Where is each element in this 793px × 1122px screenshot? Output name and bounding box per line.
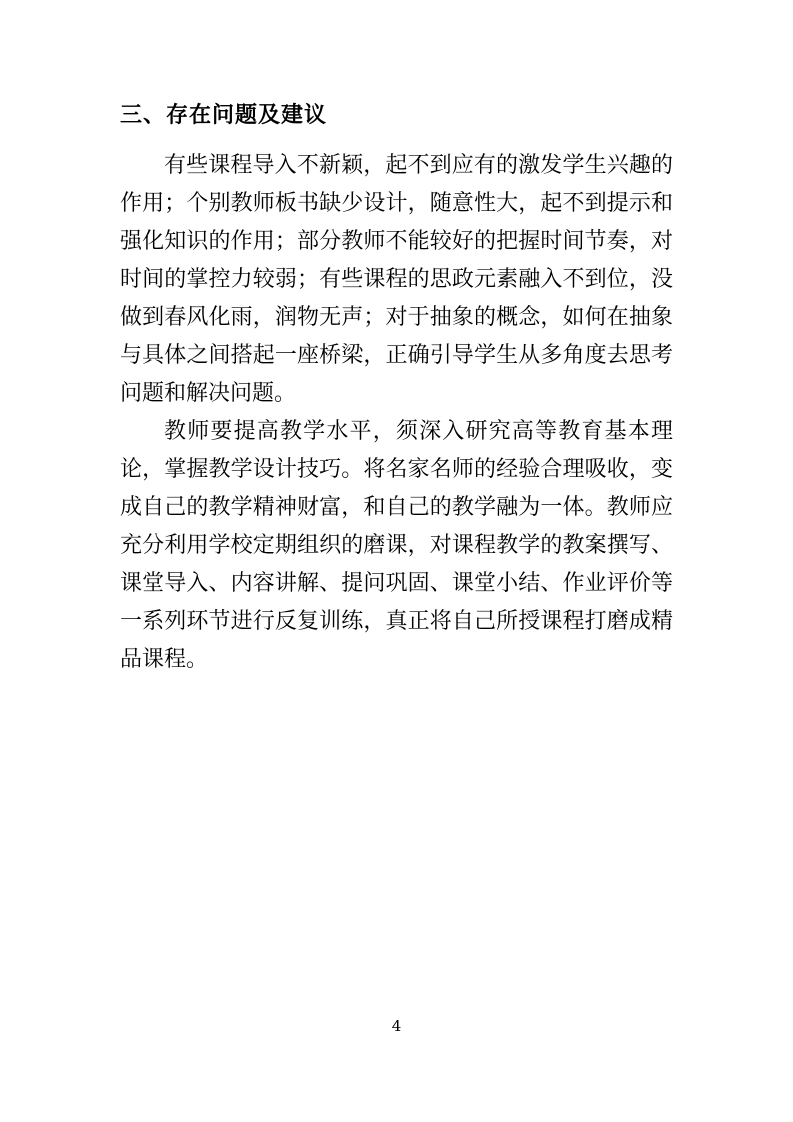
page-footer: 4 (0, 1016, 793, 1035)
section-heading: 三、存在问题及建议 (120, 101, 673, 131)
paragraph-suggestions: 教师要提高教学水平，须深入研究高等教育基本理论，掌握教学设计技巧。将名家名师的经… (120, 413, 673, 679)
document-page: 三、存在问题及建议 有些课程导入不新颖，起不到应有的激发学生兴趣的作用；个别教师… (0, 0, 793, 1122)
document-content: 三、存在问题及建议 有些课程导入不新颖，起不到应有的激发学生兴趣的作用；个别教师… (120, 101, 673, 679)
paragraph-problems: 有些课程导入不新颖，起不到应有的激发学生兴趣的作用；个别教师板书缺少设计，随意性… (120, 147, 673, 413)
page-number: 4 (392, 1017, 402, 1035)
